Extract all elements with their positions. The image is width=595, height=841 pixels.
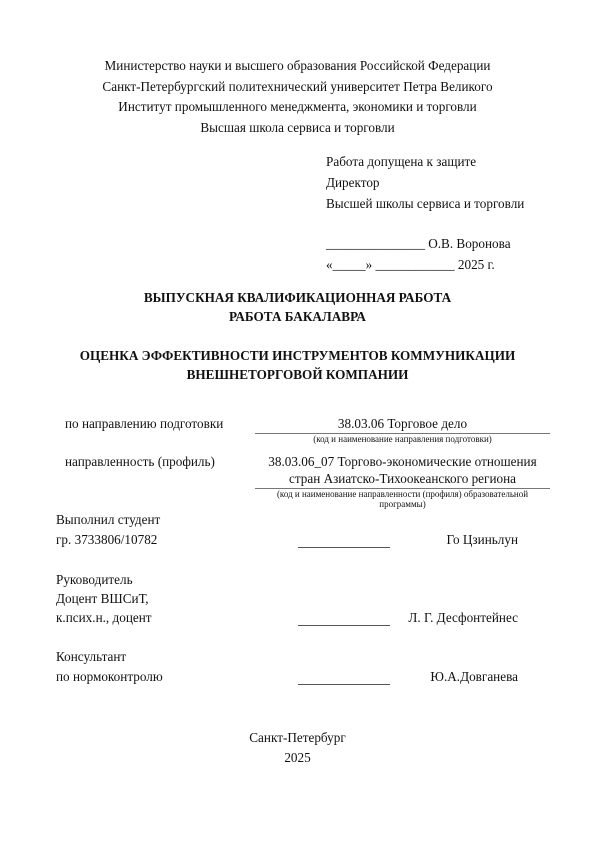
direction-value: 38.03.06 Торговое дело — [255, 414, 550, 434]
ministry-name: Министерство науки и высшего образования… — [0, 56, 595, 77]
director-position: Директор — [326, 173, 524, 194]
institute-name: Институт промышленного менеджмента, экон… — [0, 97, 595, 118]
student-signature-line — [298, 547, 390, 548]
thesis-topic: ОЦЕНКА ЭФФЕКТИВНОСТИ ИНСТРУМЕНТОВ КОММУН… — [0, 346, 595, 384]
profile-value-line-2: стран Азиатско-Тихоокеанского региона — [255, 469, 550, 489]
direction-label: по направлению подготовки — [65, 414, 223, 434]
admitted-text: Работа допущена к защите — [326, 152, 524, 173]
profile-label: направленность (профиль) — [65, 452, 215, 472]
thesis-topic-line-1: ОЦЕНКА ЭФФЕКТИВНОСТИ ИНСТРУМЕНТОВ КОММУН… — [0, 346, 595, 365]
direction-hint: (код и наименование направления подготов… — [255, 434, 550, 445]
school-name: Высшая школа сервиса и торговли — [0, 118, 595, 139]
student-label: Выполнил студент — [56, 510, 160, 530]
year: 2025 — [0, 748, 595, 768]
city: Санкт-Петербург — [0, 728, 595, 748]
thesis-type: ВЫПУСКНАЯ КВАЛИФИКАЦИОННАЯ РАБОТА РАБОТА… — [0, 288, 595, 326]
director-school: Высшей школы сервиса и торговли — [326, 194, 524, 215]
consultant-name: Ю.А.Довганева — [430, 667, 518, 687]
supervisor-label: Руководитель — [56, 570, 133, 590]
thesis-type-line-2: РАБОТА БАКАЛАВРА — [0, 307, 595, 326]
consultant-signature-line — [298, 684, 390, 685]
supervisor-degree: к.псих.н., доцент — [56, 608, 152, 628]
profile-hint-line-2: программы) — [255, 499, 550, 510]
supervisor-position: Доцент ВШСиТ, — [56, 589, 149, 609]
student-group: гр. 3733806/10782 — [56, 530, 157, 550]
consultant-label: Консультант — [56, 647, 126, 667]
university-name: Санкт-Петербургский политехнический унив… — [0, 77, 595, 98]
institution-header: Министерство науки и высшего образования… — [0, 56, 595, 138]
director-signature-line: _______________ О.В. Воронова — [326, 234, 524, 255]
thesis-topic-line-2: ВНЕШНЕТОРГОВОЙ КОМПАНИИ — [0, 365, 595, 384]
student-name: Го Цзиньлун — [447, 530, 518, 550]
supervisor-signature-line — [298, 625, 390, 626]
approval-date-line: «_____» ____________ 2025 г. — [326, 255, 524, 276]
approval-block: Работа допущена к защите Директор Высшей… — [326, 152, 524, 276]
thesis-type-line-1: ВЫПУСКНАЯ КВАЛИФИКАЦИОННАЯ РАБОТА — [0, 288, 595, 307]
footer: Санкт-Петербург 2025 — [0, 728, 595, 768]
consultant-role: по нормоконтролю — [56, 667, 163, 687]
supervisor-name: Л. Г. Десфонтейнес — [408, 608, 518, 628]
